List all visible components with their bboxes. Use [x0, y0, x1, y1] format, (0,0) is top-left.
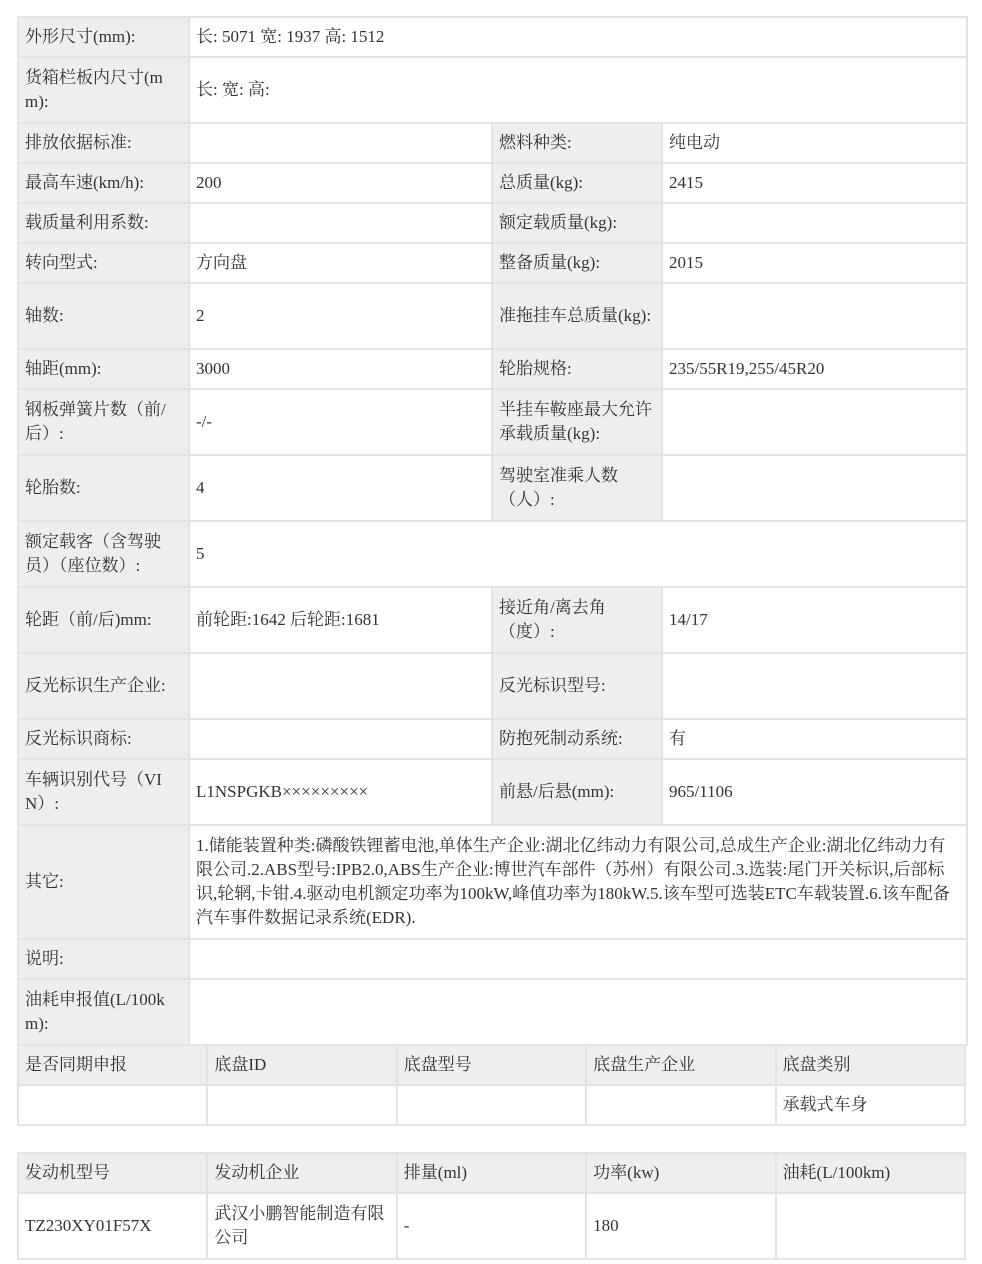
- chassis-table: 是否同期申报 底盘ID 底盘型号 底盘生产企业 底盘类别 承载式车身: [17, 1044, 966, 1126]
- reflector-maker-label: 反光标识生产企业:: [18, 653, 189, 719]
- fuel-type-value: 纯电动: [662, 123, 967, 163]
- saddle-load-value: [662, 389, 967, 455]
- approach-departure-value: 14/17: [662, 587, 967, 653]
- table-cell: 承载式车身: [776, 1085, 965, 1125]
- wheelbase-label: 轴距(mm):: [18, 349, 189, 389]
- emission-standard-value: [189, 123, 492, 163]
- table-row: 轴距(mm): 3000 轮胎规格: 235/55R19,255/45R20: [18, 349, 967, 389]
- track-value: 前轮距:1642 后轮距:1681: [189, 587, 492, 653]
- rated-load-label: 额定载质量(kg):: [492, 203, 662, 243]
- table-row: 其它: 1.储能装置种类:磷酸铁锂蓄电池,单体生产企业:湖北亿纬动力有限公司,总…: [18, 825, 967, 939]
- reflector-maker-value: [189, 653, 492, 719]
- column-header: 油耗(L/100km): [776, 1153, 965, 1193]
- steering-value: 方向盘: [189, 243, 492, 283]
- approach-departure-label: 接近角/离去角（度）:: [492, 587, 662, 653]
- vin-value: L1NSPGKB×××××××××: [189, 759, 492, 825]
- table-row: 说明:: [18, 939, 967, 979]
- vin-label: 车辆识别代号（VIN）:: [18, 759, 189, 825]
- column-header: 底盘型号: [397, 1045, 586, 1085]
- dimensions-label: 外形尺寸(mm):: [18, 17, 189, 57]
- table-row: 轮距（前/后)mm: 前轮距:1642 后轮距:1681 接近角/离去角（度）:…: [18, 587, 967, 653]
- tire-spec-label: 轮胎规格:: [492, 349, 662, 389]
- table-row: 额定载客（含驾驶员）（座位数）: 5: [18, 521, 967, 587]
- curb-mass-label: 整备质量(kg):: [492, 243, 662, 283]
- gross-mass-label: 总质量(kg):: [492, 163, 662, 203]
- cab-occupants-label: 驾驶室准乘人数（人）:: [492, 455, 662, 521]
- table-cell: -: [397, 1193, 586, 1259]
- tire-spec-value: 235/55R19,255/45R20: [662, 349, 967, 389]
- reflector-model-label: 反光标识型号:: [492, 653, 662, 719]
- abs-value: 有: [662, 719, 967, 759]
- table-row: 反光标识生产企业: 反光标识型号:: [18, 653, 967, 719]
- dimensions-value: 长: 5071 宽: 1937 高: 1512: [189, 17, 967, 57]
- track-label: 轮距（前/后)mm:: [18, 587, 189, 653]
- table-header-row: 发动机型号 发动机企业 排量(ml) 功率(kw) 油耗(L/100km): [18, 1153, 965, 1193]
- other-value: 1.储能装置种类:磷酸铁锂蓄电池,单体生产企业:湖北亿纬动力有限公司,总成生产企…: [189, 825, 967, 939]
- table-row: 油耗申报值(L/100km):: [18, 979, 967, 1045]
- overhang-value: 965/1106: [662, 759, 967, 825]
- trailer-mass-label: 准拖挂车总质量(kg):: [492, 283, 662, 349]
- rated-load-value: [662, 203, 967, 243]
- table-header-row: 是否同期申报 底盘ID 底盘型号 底盘生产企业 底盘类别: [18, 1045, 965, 1085]
- cargo-box-label: 货箱栏板内尺寸(mm):: [18, 57, 189, 123]
- table-row: 反光标识商标: 防抱死制动系统: 有: [18, 719, 967, 759]
- max-speed-value: 200: [189, 163, 492, 203]
- tire-count-value: 4: [189, 455, 492, 521]
- cab-occupants-value: [662, 455, 967, 521]
- reflector-model-value: [662, 653, 967, 719]
- passengers-value: 5: [189, 521, 967, 587]
- cargo-box-value: 长: 宽: 高:: [189, 57, 967, 123]
- table-row: TZ230XY01F57X 武汉小鹏智能制造有限公司 - 180: [18, 1193, 965, 1259]
- fuel-type-label: 燃料种类:: [492, 123, 662, 163]
- engine-table: 发动机型号 发动机企业 排量(ml) 功率(kw) 油耗(L/100km) TZ…: [17, 1152, 966, 1260]
- axles-label: 轴数:: [18, 283, 189, 349]
- note-label: 说明:: [18, 939, 189, 979]
- fuel-consumption-label: 油耗申报值(L/100km):: [18, 979, 189, 1045]
- steering-label: 转向型式:: [18, 243, 189, 283]
- note-value: [189, 939, 967, 979]
- table-cell: 180: [586, 1193, 775, 1259]
- table-cell: [586, 1085, 775, 1125]
- tire-count-label: 轮胎数:: [18, 455, 189, 521]
- table-row: 轴数: 2 准拖挂车总质量(kg):: [18, 283, 967, 349]
- table-row: 轮胎数: 4 驾驶室准乘人数（人）:: [18, 455, 967, 521]
- column-header: 排量(ml): [397, 1153, 586, 1193]
- column-header: 底盘生产企业: [586, 1045, 775, 1085]
- saddle-load-label: 半挂车鞍座最大允许承载质量(kg):: [492, 389, 662, 455]
- fuel-consumption-value: [189, 979, 967, 1045]
- table-row: 钢板弹簧片数（前/后）: -/- 半挂车鞍座最大允许承载质量(kg):: [18, 389, 967, 455]
- leaf-springs-label: 钢板弹簧片数（前/后）:: [18, 389, 189, 455]
- load-utilization-label: 载质量利用系数:: [18, 203, 189, 243]
- column-header: 发动机型号: [18, 1153, 207, 1193]
- max-speed-label: 最高车速(km/h):: [18, 163, 189, 203]
- vehicle-spec-table: 外形尺寸(mm): 长: 5071 宽: 1937 高: 1512 货箱栏板内尺…: [17, 16, 968, 1046]
- curb-mass-value: 2015: [662, 243, 967, 283]
- table-cell: [776, 1193, 965, 1259]
- table-row: 排放依据标准: 燃料种类: 纯电动: [18, 123, 967, 163]
- table-cell: [207, 1085, 396, 1125]
- table-cell: [397, 1085, 586, 1125]
- table-cell: TZ230XY01F57X: [18, 1193, 207, 1259]
- wheelbase-value: 3000: [189, 349, 492, 389]
- column-header: 底盘类别: [776, 1045, 965, 1085]
- emission-standard-label: 排放依据标准:: [18, 123, 189, 163]
- column-header: 是否同期申报: [18, 1045, 207, 1085]
- reflector-brand-value: [189, 719, 492, 759]
- table-row: 外形尺寸(mm): 长: 5071 宽: 1937 高: 1512: [18, 17, 967, 57]
- table-row: 转向型式: 方向盘 整备质量(kg): 2015: [18, 243, 967, 283]
- table-cell: 武汉小鹏智能制造有限公司: [207, 1193, 396, 1259]
- vehicle-spec-page: 外形尺寸(mm): 长: 5071 宽: 1937 高: 1512 货箱栏板内尺…: [0, 0, 982, 1264]
- gross-mass-value: 2415: [662, 163, 967, 203]
- column-header: 底盘ID: [207, 1045, 396, 1085]
- leaf-springs-value: -/-: [189, 389, 492, 455]
- axles-value: 2: [189, 283, 492, 349]
- table-cell: [18, 1085, 207, 1125]
- table-row: 货箱栏板内尺寸(mm): 长: 宽: 高:: [18, 57, 967, 123]
- table-row: 载质量利用系数: 额定载质量(kg):: [18, 203, 967, 243]
- trailer-mass-value: [662, 283, 967, 349]
- table-row: 最高车速(km/h): 200 总质量(kg): 2415: [18, 163, 967, 203]
- table-row: 车辆识别代号（VIN）: L1NSPGKB××××××××× 前悬/后悬(mm)…: [18, 759, 967, 825]
- column-header: 功率(kw): [586, 1153, 775, 1193]
- abs-label: 防抱死制动系统:: [492, 719, 662, 759]
- passengers-label: 额定载客（含驾驶员）（座位数）:: [18, 521, 189, 587]
- other-label: 其它:: [18, 825, 189, 939]
- load-utilization-value: [189, 203, 492, 243]
- table-row: 承载式车身: [18, 1085, 965, 1125]
- reflector-brand-label: 反光标识商标:: [18, 719, 189, 759]
- overhang-label: 前悬/后悬(mm):: [492, 759, 662, 825]
- column-header: 发动机企业: [207, 1153, 396, 1193]
